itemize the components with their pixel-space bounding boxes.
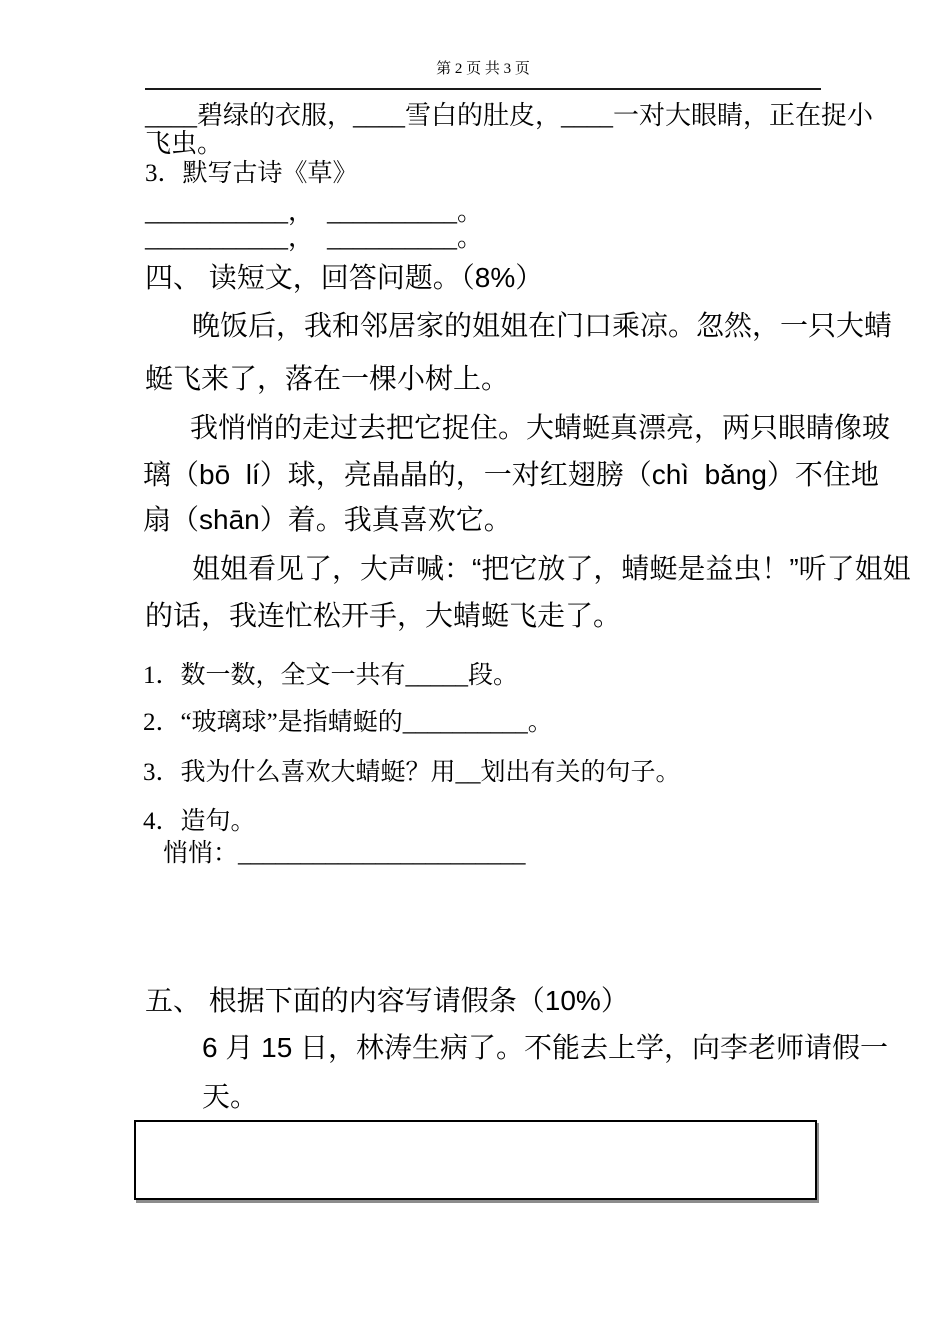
fill-blank-sentence-line2: 飞虫。 [145,129,223,159]
passage-line: 晚饭后，我和邻居家的姐姐在门口乘凉。忽然，一只大蜻 [192,310,892,342]
section5-body-line: 6 月 15 日，林涛生病了。不能去上学，向李老师请假一 [202,1032,888,1064]
passage-line: 扇（shān）着。我真喜欢它。 [143,504,512,536]
passage-line: 姐姐看见了，大声喊：“把它放了，蜻蜓是益虫！”听了姐姐 [192,553,911,585]
section5-heading: 五、 根据下面的内容写请假条（10%） [145,985,629,1017]
question-line-2: 2．“玻璃球”是指蜻蜓的__________。 [143,709,553,738]
page-number-header: 第 2 页 共 3 页 [145,57,821,78]
item3-label: 3．默写古诗《草》 [145,160,358,189]
passage-line: 蜓飞来了，落在一棵小树上。 [145,363,509,395]
question-line-3: 3．我为什么喜欢大蜻蜓？用__划出有关的句子。 [143,759,681,788]
fill-blank-sentence-line1: ____碧绿的衣服，____雪白的肚皮，____一对大眼睛，正在捉小 [145,101,873,131]
passage-line: 的话，我连忙松开手，大蜻蜓飞走了。 [145,600,621,632]
section5-body-line: 天。 [202,1081,258,1113]
q4-answer-prompt: 悄悄：_______________________ [163,840,526,869]
answer-box[interactable] [134,1120,817,1200]
header-rule [145,88,821,90]
passage-line: 我悄悄的走过去把它捉住。大蜻蜓真漂亮，两只眼睛像玻 [190,412,890,444]
section4-heading: 四、 读短文，回答问题。（8%） [145,262,543,294]
question-line-4: 4．造句。 [143,808,256,837]
passage-line: 璃（bō lí）球，亮晶晶的，一对红翅膀（chì bǎng）不住地 [143,459,879,491]
poem-blank-row-2: ___________， __________。 [145,223,483,253]
document-page: 第 2 页 共 3 页 ____碧绿的衣服，____雪白的肚皮，____一对大眼… [0,0,950,1344]
question-line-1: 1．数一数，全文一共有_____段。 [143,662,518,691]
